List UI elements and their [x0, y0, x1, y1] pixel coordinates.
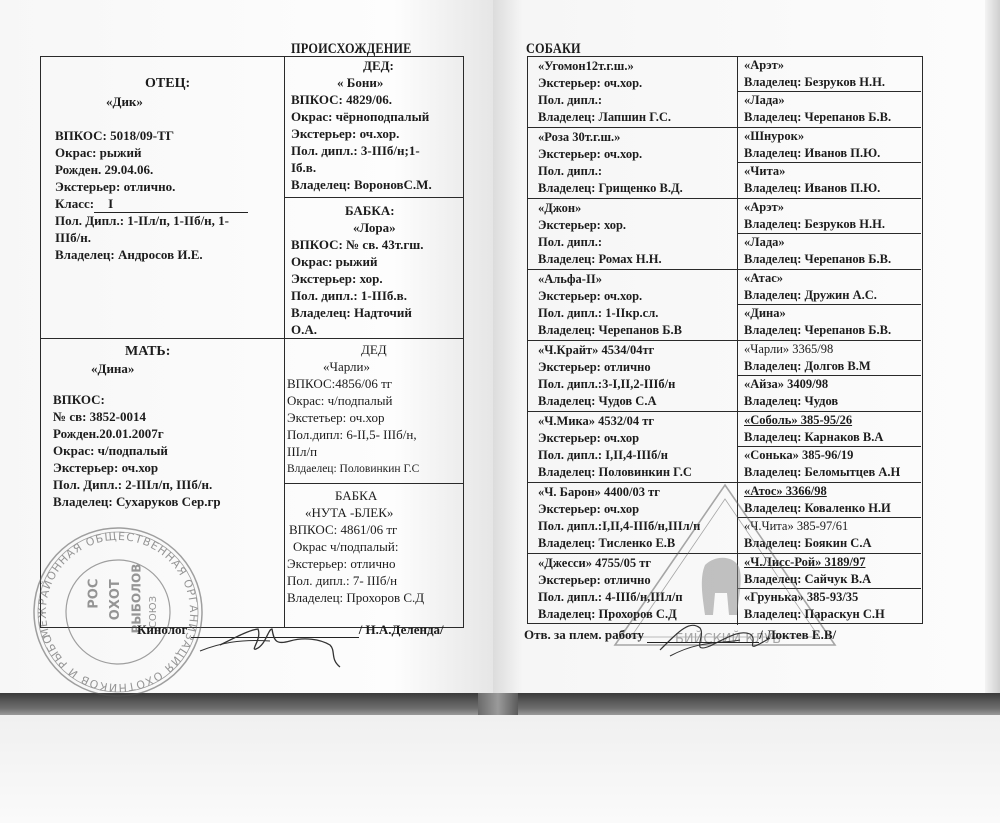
ancestor-owner: Владелец: Черепанов Б.В — [538, 322, 737, 339]
father-diplomas-2: IIIб/н. — [55, 229, 91, 246]
great-grandparent-owner: Владелец: Черепанов Б.В. — [744, 109, 921, 126]
great-grandparent-owner: Владелец: Боякин С.А — [744, 535, 921, 552]
pgf-vpkos: ВПКОС: 4829/06. — [291, 91, 392, 108]
ancestor-row: «Джон»Экстерьер: хор.Пол. дипл.: Владеле… — [528, 199, 921, 270]
ancestor-row: «Ч. Барон» 4400/03 тгЭкстерьер: оч.хорПо… — [528, 483, 921, 554]
ancestor-name: «Джон» — [538, 200, 737, 217]
ancestor-exterior: Экстерьер: оч.хор — [538, 430, 737, 447]
ancestor-name: «Ч. Барон» 4400/03 тг — [538, 484, 737, 501]
pgm-exterior: Экстерьер: хор. — [291, 270, 383, 287]
ancestor-name: «Альфа-II» — [538, 271, 737, 288]
ancestor-diplomas: Пол. дипл.:I,II,4-IIIб/н,IIIл/п — [538, 518, 737, 535]
ancestor-name: «Ч.Крайт» 4534/04тг — [538, 342, 737, 359]
ancestor-diplomas: Пол. дипл.:3-I,II,2-IIIб/н — [538, 376, 737, 393]
ancestor-owner: Владелец: Прохоров С.Д — [538, 606, 737, 623]
ancestor-row: «Альфа-II»Экстерьер: оч.хор.Пол. дипл.: … — [528, 270, 921, 341]
great-grandparent-sire-cell: «Арэт»Владелец: Безруков Н.Н. — [738, 199, 921, 234]
ancestor-owner: Владелец: Лапшин Г.С. — [538, 109, 737, 126]
great-grandparent-owner: Владелец: Иванов П.Ю. — [744, 145, 921, 162]
great-grandparent-dam-cell: «Лада»Владелец: Черепанов Б.В. — [738, 234, 921, 269]
father-cell: ОТЕЦ: «Дик» ВПКОС: 5018/09-ТГ Окрас: рыж… — [41, 57, 285, 339]
great-grandparent-owner: Владелец: Беломытцев А.Н — [744, 464, 921, 481]
ancestor-diplomas: Пол. дипл.: — [538, 163, 737, 180]
great-grandparent-dam-cell: «Сонька» 385-96/19Владелец: Беломытцев А… — [738, 447, 921, 482]
father-diplomas-1: Пол. Дипл.: 1-IIл/п, 1-IIб/н, 1- — [55, 212, 229, 229]
pgm-name: «Лора» — [353, 219, 396, 236]
great-grandparent-owner: Владелец: Чудов — [744, 393, 921, 410]
ancestor-name: «Джесси» 4755/05 тг — [538, 555, 737, 572]
father-vpkos: ВПКОС: 5018/09-ТГ — [55, 127, 174, 144]
pgf-diplomas-1: Пол. дипл.: 3-IIIб/н;1- — [291, 142, 420, 159]
mother-title: МАТЬ: — [125, 343, 170, 360]
great-grandparent-name: «Чита» — [744, 163, 921, 180]
great-grandparent-name: «Ч.Чита» 385-97/61 — [744, 518, 921, 535]
great-grandparent-dam-cell: «Лада»Владелец: Черепанов Б.В. — [738, 92, 921, 127]
great-grandparent-name: «Айза» 3409/98 — [744, 376, 921, 393]
mgm-diplomas: Пол. дипл.: 7- IIIб/н — [287, 572, 397, 589]
pgm-owner-1: Владелец: Надточий — [291, 304, 412, 321]
grandparent-parent-cell: «Роза 30т.г.ш.»Экстерьер: оч.хор.Пол. ди… — [528, 128, 738, 198]
great-grandparent-dam-cell: «Чита»Владелец: Иванов П.Ю. — [738, 163, 921, 198]
great-grandparent-owner: Владелец: Иванов П.Ю. — [744, 180, 921, 197]
grandparent-parent-cell: «Ч.Мика» 4532/04 тгЭкстерьер: оч.хорПол.… — [528, 412, 738, 482]
great-grandparent-owner: Владелец: Дружин А.С. — [744, 287, 921, 304]
great-grandparent-dam-cell: «Ч.Чита» 385-97/61Владелец: Боякин С.А — [738, 518, 921, 553]
great-grandparent-owner: Владелец: Безруков Н.Н. — [744, 74, 921, 91]
great-grandparent-owner: Владелец: Параскун С.Н — [744, 606, 921, 623]
breeding-signature-row: Отв. за плем. работу / Локтев Е.В/ — [524, 627, 836, 643]
ancestor-exterior: Экстерьер: отлично — [538, 359, 737, 376]
father-class-value: I — [108, 195, 248, 213]
grandparent-parent-cell: «Ч. Барон» 4400/03 тгЭкстерьер: оч.хорПо… — [528, 483, 738, 553]
great-grandparent-owner: Владелец: Черепанов Б.В. — [744, 251, 921, 268]
ancestor-owner: Владелец: Грищенко В.Д. — [538, 180, 737, 197]
grandparent-parent-cell: «Угомон12т.г.ш.»Экстерьер: оч.хор.Пол. д… — [528, 57, 738, 127]
great-grandparent-name: «Арэт» — [744, 57, 921, 74]
mgm-owner: Владелец: Прохоров С.Д — [287, 589, 424, 606]
pedigree-grid-parents: ОТЕЦ: «Дик» ВПКОС: 5018/09-ТГ Окрас: рыж… — [40, 56, 464, 628]
ancestor-owner: Владелец: Ромах Н.Н. — [538, 251, 737, 268]
mgf-title: ДЕД — [361, 341, 387, 358]
booklet-spine — [478, 693, 518, 715]
mother-owner: Владелец: Сухаруков Сер.гр — [53, 493, 221, 510]
ancestor-row: «Ч.Мика» 4532/04 тгЭкстерьер: оч.хорПол.… — [528, 412, 921, 483]
ancestor-diplomas: Пол. дипл.: 1-IIкр.сл. — [538, 305, 737, 322]
pgf-owner: Владелец: ВороновС.М. — [291, 176, 432, 193]
ancestor-diplomas: Пол. дипл.: — [538, 92, 737, 109]
great-grandparent-sire-cell: «Арэт»Владелец: Безруков Н.Н. — [738, 57, 921, 92]
ancestor-exterior: Экстерьер: хор. — [538, 217, 737, 234]
pgf-diplomas-2: Iб.в. — [291, 159, 316, 176]
great-grandparent-owner: Владелец: Коваленко Н.И — [744, 500, 921, 517]
ancestor-diplomas: Пол. дипл.: — [538, 234, 737, 251]
pgf-color: Окрас: чёрноподпалый — [291, 108, 429, 125]
ancestor-name: «Ч.Мика» 4532/04 тг — [538, 413, 737, 430]
great-grandparent-name: «Атос» 3366/98 — [744, 483, 921, 500]
great-grandparent-name: «Дина» — [744, 305, 921, 322]
mother-cell: МАТЬ: «Дина» ВПКОС: № св: 3852-0014 Рожд… — [41, 339, 285, 627]
mgf-name: «Чарли» — [323, 358, 370, 375]
great-grandparent-sire-cell: «Атас»Владелец: Дружин А.С. — [738, 270, 921, 305]
great-grandparent-name: «Шнурок» — [744, 128, 921, 145]
cynologist-name: / Н.А.Деленда/ — [359, 622, 444, 637]
great-grandparent-name: «Лада» — [744, 234, 921, 251]
great-grandparent-sire-cell: «Ч.Лисс-Рой» 3189/97Владелец: Сайчук В.А — [738, 554, 921, 589]
great-grandparent-name: «Сонька» 385-96/19 — [744, 447, 921, 464]
great-grandparent-name: «Ч.Лисс-Рой» 3189/97 — [744, 554, 921, 571]
grandparent-parent-cell: «Джон»Экстерьер: хор.Пол. дипл.: Владеле… — [528, 199, 738, 269]
father-class-label: Класс: — [55, 196, 94, 211]
mgf-vpkos: ВПКОС:4856/06 тг — [287, 375, 392, 392]
mother-exterior: Экстерьер: оч.хор — [53, 459, 158, 476]
cynologist-signature-row: Кинолог / Н.А.Деленда/ — [137, 622, 444, 638]
father-title: ОТЕЦ: — [145, 75, 190, 92]
great-grandparent-name: «Арэт» — [744, 199, 921, 216]
pgm-vpkos: ВПКОС: № св. 43т.гш. — [291, 236, 424, 253]
mgf-diplomas-1: Пол.дипл: 6-II,5- IIIб/н, — [287, 426, 417, 443]
great-grandparent-name: «Атас» — [744, 270, 921, 287]
mgm-color: Окрас ч/подпалый: — [293, 538, 398, 555]
great-grandparent-sire-cell: «Шнурок»Владелец: Иванов П.Ю. — [738, 128, 921, 163]
great-grandparent-name: «Чарли» 3365/98 — [744, 341, 921, 358]
breeding-name: / Локтев Е.В/ — [759, 627, 836, 642]
mgm-title: БАБКА — [335, 487, 377, 504]
paternal-grandfather-cell: ДЕД: « Бони» ВПКОС: 4829/06. Окрас: чёрн… — [285, 57, 463, 198]
great-grandparent-owner: Владелец: Безруков Н.Н. — [744, 216, 921, 233]
great-grandparent-name: «Соболь» 385-95/26 — [744, 412, 921, 429]
father-name: «Дик» — [106, 93, 143, 110]
pgm-title: БАБКА: — [345, 202, 395, 219]
ancestor-row: «Джесси» 4755/05 тгЭкстерьер: отличноПол… — [528, 554, 921, 625]
father-color: Окрас: рыжий — [55, 144, 141, 161]
pgf-name: « Бони» — [337, 74, 383, 91]
mgf-exterior: Экстетьер: оч.хор — [287, 409, 385, 426]
grandparent-parent-cell: «Джесси» 4755/05 тгЭкстерьер: отличноПол… — [528, 554, 738, 625]
maternal-grandfather-cell: ДЕД «Чарли» ВПКОС:4856/06 тг Окрас: ч/по… — [285, 339, 463, 484]
ancestor-name: «Угомон12т.г.ш.» — [538, 58, 737, 75]
mgf-diplomas-2: IIIл/п — [287, 443, 317, 460]
mgm-name: «НУТА -БЛЕК» — [305, 504, 393, 521]
mother-color: Окрас: ч/подпалый — [53, 442, 168, 459]
mother-name: «Дина» — [91, 360, 134, 377]
cynologist-label: Кинолог — [137, 622, 187, 637]
pgm-owner-2: О.А. — [291, 321, 317, 338]
ancestor-diplomas: Пол. дипл.: I,II,4-IIIб/н — [538, 447, 737, 464]
ancestor-row: «Угомон12т.г.ш.»Экстерьер: оч.хор.Пол. д… — [528, 57, 921, 128]
great-grandparent-owner: Владелец: Черепанов Б.В. — [744, 322, 921, 339]
ancestor-name: «Роза 30т.г.ш.» — [538, 129, 737, 146]
father-exterior: Экстерьер: отлично. — [55, 178, 175, 195]
ancestor-exterior: Экстерьер: оч.хор. — [538, 75, 737, 92]
great-grandparent-owner: Владелец: Карнаков В.А — [744, 429, 921, 446]
ancestor-row: «Роза 30т.г.ш.»Экстерьер: оч.хор.Пол. ди… — [528, 128, 921, 199]
ancestor-row: «Ч.Крайт» 4534/04тгЭкстерьер: отличноПол… — [528, 341, 921, 412]
ancestor-exterior: Экстерьер: оч.хор. — [538, 288, 737, 305]
pgf-title: ДЕД: — [363, 57, 394, 74]
mother-born: Рожден.20.01.2007г — [53, 425, 164, 442]
maternal-grandmother-cell: БАБКА «НУТА -БЛЕК» ВПКОС: 4861/06 тг Окр… — [285, 484, 463, 627]
great-grandparent-owner: Владелец: Долгов В.М — [744, 358, 921, 375]
breeding-label: Отв. за плем. работу — [524, 627, 644, 642]
father-class: Класс:I — [55, 195, 248, 213]
ancestor-owner: Владелец: Чудов С.А — [538, 393, 737, 410]
mgf-color: Окрас: ч/подпалый — [287, 392, 392, 409]
scanner-background — [0, 715, 1000, 823]
mgf-owner: Влдаелец: Половинкин Г.С — [287, 461, 419, 478]
page-edge — [985, 0, 1000, 705]
great-grandparent-dam-cell: «Айза» 3409/98Владелец: Чудов — [738, 376, 921, 411]
father-born: Рожден. 29.04.06. — [55, 161, 153, 178]
ancestor-diplomas: Пол. дипл.: 4-IIIб/н,IIIл/п — [538, 589, 737, 606]
ancestor-exterior: Экстерьер: оч.хор. — [538, 146, 737, 163]
ancestor-owner: Владелец: Половинкин Г.С — [538, 464, 737, 481]
great-grandparent-dam-cell: «Грунька» 385-93/35Владелец: Параскун С.… — [738, 589, 921, 624]
ancestor-exterior: Экстерьер: оч.хор — [538, 501, 737, 518]
ancestor-exterior: Экстерьер: отлично — [538, 572, 737, 589]
great-grandparent-owner: Владелец: Сайчук В.А — [744, 571, 921, 588]
pgf-exterior: Экстерьер: оч.хор. — [291, 125, 399, 142]
great-grandparent-sire-cell: «Атос» 3366/98Владелец: Коваленко Н.И — [738, 483, 921, 518]
mgm-vpkos: ВПКОС: 4861/06 тг — [289, 521, 397, 538]
pgm-color: Окрас: рыжий — [291, 253, 377, 270]
great-grandparent-sire-cell: «Соболь» 385-95/26Владелец: Карнаков В.А — [738, 412, 921, 447]
great-grandparent-dam-cell: «Дина»Владелец: Черепанов Б.В. — [738, 305, 921, 340]
paternal-grandmother-cell: БАБКА: «Лора» ВПКОС: № св. 43т.гш. Окрас… — [285, 198, 463, 339]
mother-cert: № св: 3852-0014 — [53, 408, 146, 425]
pedigree-grid-ancestors: «Угомон12т.г.ш.»Экстерьер: оч.хор.Пол. д… — [527, 56, 923, 624]
mgm-exterior: Экстерьер: отлично — [287, 555, 395, 572]
grandparent-parent-cell: «Ч.Крайт» 4534/04тгЭкстерьер: отличноПол… — [528, 341, 738, 411]
ancestor-owner: Владелец: Тисленко Е.В — [538, 535, 737, 552]
father-owner: Владелец: Андросов И.Е. — [55, 246, 203, 263]
great-grandparent-name: «Грунька» 385-93/35 — [744, 589, 921, 606]
great-grandparent-name: «Лада» — [744, 92, 921, 109]
pgm-diplomas: Пол. дипл.: 1-IIIб.в. — [291, 287, 407, 304]
great-grandparent-sire-cell: «Чарли» 3365/98Владелец: Долгов В.М — [738, 341, 921, 376]
mother-vpkos: ВПКОС: — [53, 391, 105, 408]
grandparent-parent-cell: «Альфа-II»Экстерьер: оч.хор.Пол. дипл.: … — [528, 270, 738, 340]
mother-diplomas: Пол. Дипл.: 2-IIIл/п, IIIб/н. — [53, 476, 212, 493]
